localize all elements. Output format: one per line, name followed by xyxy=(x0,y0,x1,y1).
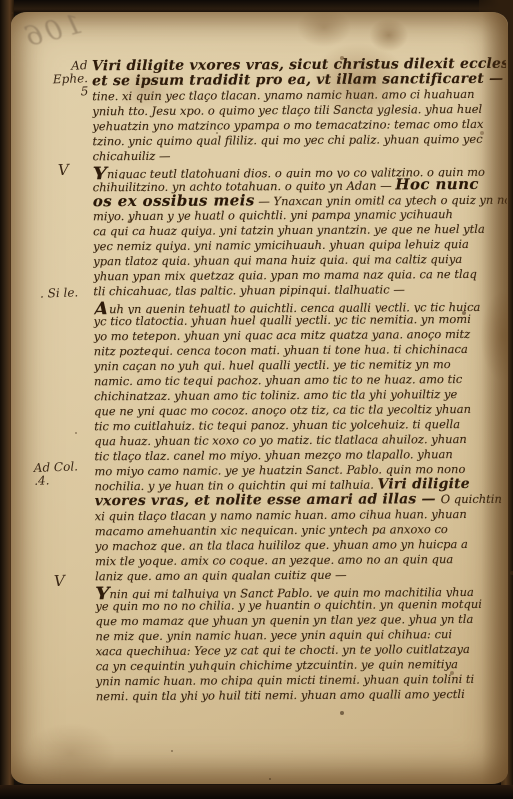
book-edge-bottom xyxy=(0,785,513,799)
margin-note-line: 5 xyxy=(40,85,88,100)
manuscript-line: mix tle yoque. amix co coque. an yezque.… xyxy=(95,552,509,570)
foxing-specks xyxy=(11,12,13,14)
paragraph: Viri diligite vxores vras, sicut christu… xyxy=(92,57,507,165)
margin-note-ad-ephe-5: Ad Ephe. 5 xyxy=(39,59,88,100)
margin-note-si-le: . Si le. xyxy=(40,286,79,300)
paragraph: Ynin qui mi talhuiya yn Sanct Pablo. ye … xyxy=(95,582,510,705)
margin-note-line: .4. xyxy=(34,473,88,488)
paragraph: Auh yn quenin tehuatl to quichtli. cenca… xyxy=(93,297,509,585)
manuscript-line: tzino. ynic quimo qual fililiz. qui mo y… xyxy=(92,132,506,150)
margin-paragraph-mark-1: V xyxy=(58,164,69,177)
manuscript-line: yhuan ypan mix quetzaz quia. ypan mo mam… xyxy=(93,267,507,285)
manuscript-line: nemi. quin tla yhi yo huil titi nemi. yh… xyxy=(96,687,510,705)
margin-paragraph-mark-2: V xyxy=(54,575,65,588)
margin-note-ad-col-4: Ad Col. .4. xyxy=(34,460,89,488)
manuscript-text-block: Viri diligite vxores vras, sicut christu… xyxy=(92,57,510,720)
paragraph: Yniquac teutl tlatohuani dios. o quin mo… xyxy=(93,162,508,300)
